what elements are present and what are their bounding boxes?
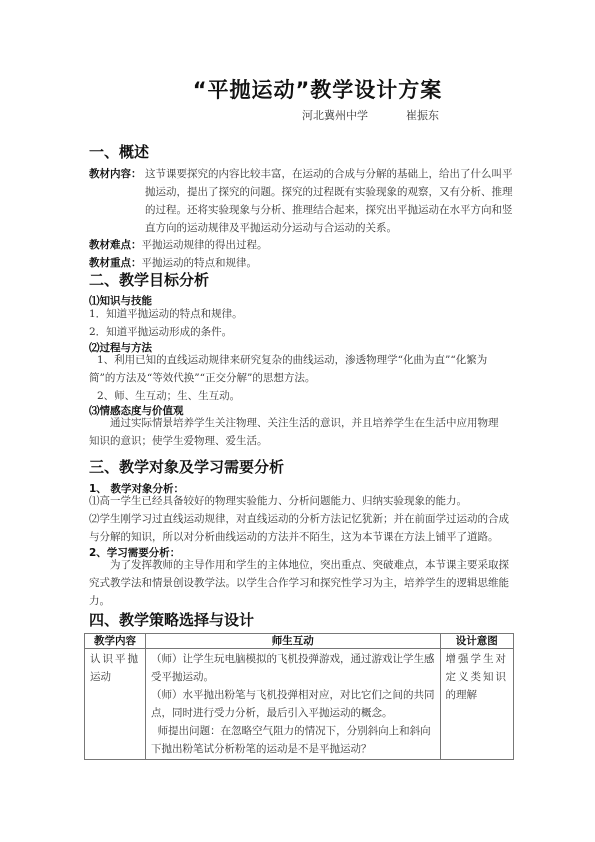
cell-design-intent: 增强学生对 定义类知识 的理解 (440, 649, 514, 760)
section-heading-overview: 一、概述 (89, 141, 149, 162)
paragraph-line: 通过实际情景培养学生关注物理、关注生活的意识，并且培养学生在生活中应用物理 (89, 414, 499, 432)
content-line: 这节课要探究的内容比较丰富，在运动的合成与分解的基础上，给出了什么叫平 (145, 165, 513, 183)
byline: 河北冀州中学崔振东 (302, 107, 439, 123)
difficulty-label: 教材难点： (89, 239, 142, 251)
section-heading-strategy: 四、教学策略选择与设计 (89, 609, 254, 630)
learner-analysis-paragraph: ⑴高一学生已经具备较好的物理实验能力、分析问题能力、归纳实验现象的能力。 ⑵学生… (89, 492, 509, 546)
needs-analysis-paragraph: 为了发挥教师的主导作用和学生的主体地位，突出重点、突破难点，本节课主要采取探 究… (89, 556, 509, 610)
header-teaching-content: 教学内容 (85, 634, 146, 649)
header-design-intent: 设计意图 (440, 634, 514, 649)
document-title: “平抛运动”教学设计方案 (0, 74, 595, 104)
table-row: 认识平抛 运动 （师）让学生玩电脑模拟的飞机投弹游戏，通过游戏让学生感 受平抛运… (85, 649, 514, 760)
section-heading-learners: 三、教学对象及学习需要分析 (89, 456, 284, 477)
paragraph-line: 力。 (89, 592, 509, 610)
paragraph-line: 简”的方法及“等效代换”“正交分解”的思想方法。 (89, 369, 487, 387)
difficulty-text: 平抛运动规律的得出过程。 (142, 239, 268, 251)
paragraph-line: 知识的意识；使学生爱物理、爱生活。 (89, 432, 499, 450)
school-name: 河北冀州中学 (302, 109, 368, 122)
section-heading-objectives: 二、教学目标分析 (89, 269, 209, 290)
content-label: 教材内容： (89, 165, 142, 183)
list-item: 2．知道平抛运动形成的条件。 (89, 323, 243, 341)
key-point-text: 平抛运动的特点和规律。 (142, 257, 258, 269)
header-interaction: 师生互动 (146, 634, 441, 649)
process-paragraph: 1、利用已知的直线运动规律来研究复杂的曲线运动，渗透物理学“化曲为直”“化繁为 … (89, 351, 487, 405)
paragraph-line: ⑵学生刚学习过直线运动规律，对直线运动的分析方法记忆犹新；并在前面学过运动的合成 (89, 510, 509, 528)
content-line: 的过程。还将实验现象与分析、推理结合起来，探究出平抛运动在水平方向和竖 (145, 201, 513, 219)
paragraph-line: 1、利用已知的直线运动规律来研究复杂的曲线运动，渗透物理学“化曲为直”“化繁为 (89, 351, 487, 369)
strategy-table: 教学内容 师生互动 设计意图 认识平抛 运动 （师）让学生玩电脑模拟的飞机投弹游… (84, 633, 514, 760)
content-line: 直方向的运动规律及平抛运动分运动与合运动的关系。 (145, 219, 513, 237)
paragraph-line: 为了发挥教师的主导作用和学生的主体地位，突出重点、突破难点，本节课主要采取探 (89, 556, 509, 574)
paragraph-line: ⑴高一学生已经具备较好的物理实验能力、分析问题能力、归纳实验现象的能力。 (89, 492, 509, 510)
paragraph-line: 究式教学法和情景创设教学法。以学生合作学习和探究性学习为主，培养学生的逻辑思维能 (89, 574, 509, 592)
table-header-row: 教学内容 师生互动 设计意图 (85, 634, 514, 649)
paragraph-line: 与分解的知识，所以对分析曲线运动的方法并不陌生，这为本节课在方法上铺平了道路。 (89, 528, 509, 546)
cell-teaching-content: 认识平抛 运动 (85, 649, 146, 760)
difficulty-row: 教材难点：平抛运动规律的得出过程。 (89, 236, 268, 254)
author-name: 崔振东 (406, 109, 439, 122)
list-item: 1．知道平抛运动的特点和规律。 (89, 305, 243, 323)
content-paragraph: 这节课要探究的内容比较丰富，在运动的合成与分解的基础上，给出了什么叫平 抛运动，… (145, 165, 513, 237)
knowledge-list: 1．知道平抛运动的特点和规律。 2．知道平抛运动形成的条件。 (89, 305, 243, 341)
content-line: 抛运动，提出了探究的问题。探究的过程既有实验现象的观察，又有分析、推理 (145, 183, 513, 201)
attitude-paragraph: 通过实际情景培养学生关注物理、关注生活的意识，并且培养学生在生活中应用物理 知识… (89, 414, 499, 450)
cell-interaction: （师）让学生玩电脑模拟的飞机投弹游戏，通过游戏让学生感 受平抛运动。 （师）水平… (146, 649, 441, 760)
key-point-label: 教材重点： (89, 257, 142, 269)
